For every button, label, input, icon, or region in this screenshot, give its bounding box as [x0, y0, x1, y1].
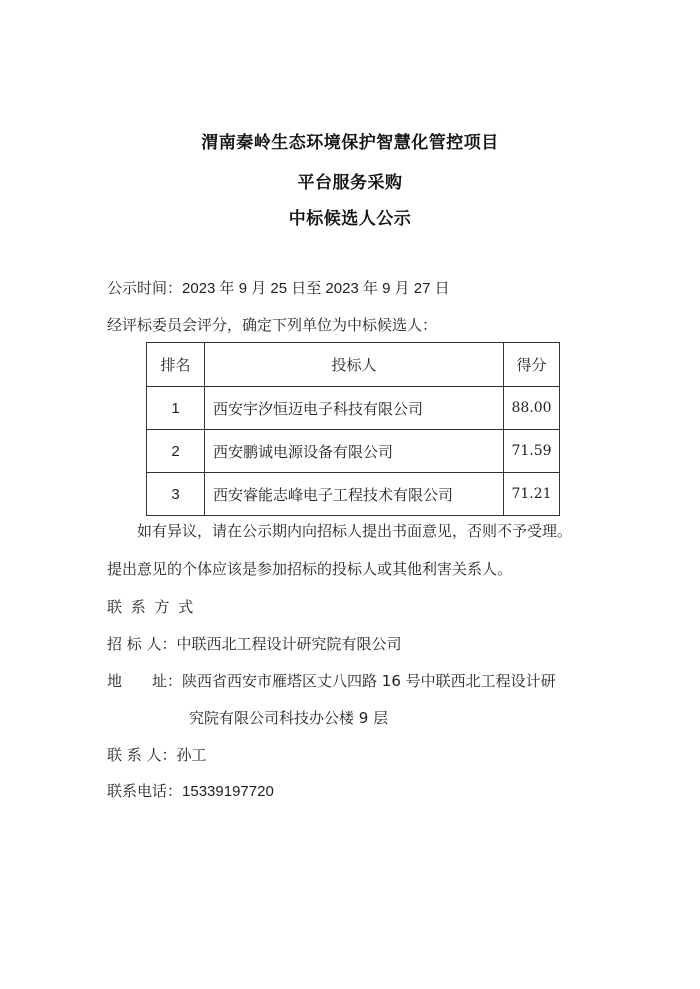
cell-score: 71.21	[504, 473, 560, 516]
table-row: 1 西安宇汐恒迈电子科技有限公司 88.00	[147, 387, 560, 430]
person-value: 孙工	[177, 746, 207, 764]
contact-person: 联 系 人：孙工	[107, 744, 207, 765]
publication-time: 公示时间：2023 年 9 月 25 日至 2023 年 9 月 27 日	[107, 277, 450, 298]
title-project-name: 渭南秦岭生态环境保护智慧化管控项目	[0, 128, 700, 153]
cell-score: 71.59	[504, 430, 560, 473]
contact-heading: 联 系 方 式	[107, 596, 195, 617]
cell-rank: 3	[147, 473, 205, 516]
objection-notice-line1: 如有异议，请在公示期内向招标人提出书面意见，否则不予受理。	[137, 520, 572, 541]
cell-score: 88.00	[504, 387, 560, 430]
cell-bidder: 西安宇汐恒迈电子科技有限公司	[205, 387, 504, 430]
contact-phone: 联系电话：15339197720	[107, 780, 274, 801]
contact-address: 地 址：陕西省西安市雁塔区丈八四路 16 号中联西北工程设计研	[107, 670, 556, 691]
phone-label: 联系电话：	[107, 782, 182, 800]
title-procurement: 平台服务采购	[0, 168, 700, 193]
address-value-line2: 究院有限公司科技办公楼 9 层	[189, 707, 388, 728]
tenderer-value: 中联西北工程设计研究院有限公司	[177, 635, 402, 653]
person-label: 联 系 人：	[107, 746, 177, 764]
table-row: 2 西安鹏诚电源设备有限公司 71.59	[147, 430, 560, 473]
title-announcement: 中标候选人公示	[0, 204, 700, 229]
candidates-table: 排名 投标人 得分 1 西安宇汐恒迈电子科技有限公司 88.00 2 西安鹏诚电…	[146, 342, 560, 516]
header-score: 得分	[504, 343, 560, 387]
review-statement: 经评标委员会评分，确定下列单位为中标候选人：	[107, 314, 437, 335]
address-label: 地 址：	[107, 672, 182, 690]
address-value-line1: 陕西省西安市雁塔区丈八四路 16 号中联西北工程设计研	[182, 672, 556, 690]
header-rank: 排名	[147, 343, 205, 387]
table-header-row: 排名 投标人 得分	[147, 343, 560, 387]
publication-time-value: 2023 年 9 月 25 日至 2023 年 9 月 27 日	[182, 280, 450, 297]
publication-time-label: 公示时间：	[107, 279, 182, 297]
cell-bidder: 西安睿能志峰电子工程技术有限公司	[205, 473, 504, 516]
contact-tenderer: 招 标 人：中联西北工程设计研究院有限公司	[107, 633, 402, 654]
objection-notice-line2: 提出意见的个体应该是参加招标的投标人或其他利害关系人。	[107, 558, 512, 579]
document-page: 渭南秦岭生态环境保护智慧化管控项目 平台服务采购 中标候选人公示 公示时间：20…	[0, 0, 700, 989]
phone-value: 15339197720	[182, 783, 274, 800]
cell-bidder: 西安鹏诚电源设备有限公司	[205, 430, 504, 473]
table-row: 3 西安睿能志峰电子工程技术有限公司 71.21	[147, 473, 560, 516]
cell-rank: 1	[147, 387, 205, 430]
cell-rank: 2	[147, 430, 205, 473]
header-bidder: 投标人	[205, 343, 504, 387]
tenderer-label: 招 标 人：	[107, 635, 177, 653]
